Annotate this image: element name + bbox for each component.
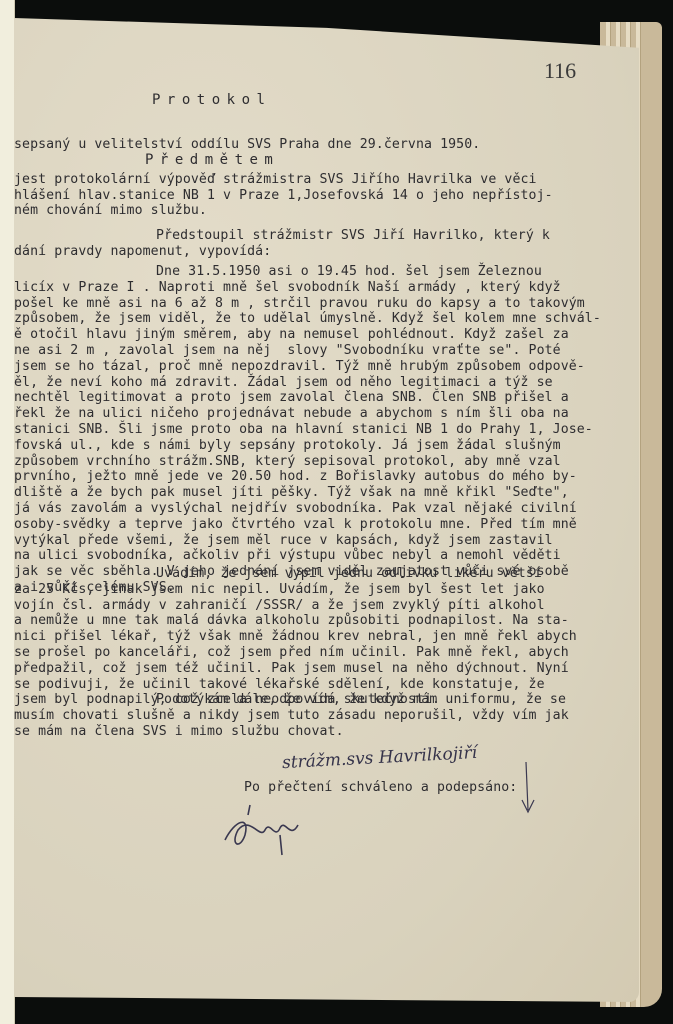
text-line: způsobem vrchního strážm.SNB, který sepi… [14,454,561,469]
pen-arrow-mark [518,760,538,815]
text-line: Uvádím, že jsem vypil jednu odlivku liké… [156,566,542,581]
text-line: ne asi 2 m , zavolal jsem na něj slovy "… [14,343,561,358]
text-line: nici přišel lékař, týž však mně žádnou k… [14,629,577,644]
subject-heading: Předmětem [145,152,279,168]
text-line: pošel ke mně asi na 6 až 8 m , strčil pr… [14,296,585,311]
text-line: dání pravdy napomenut, vypovídá: [14,244,271,259]
closing-line: Po přečtení schváleno a podepsáno: [244,780,517,795]
text-line: prvního, ježto mně jede ve 20.50 hod. z … [14,469,577,484]
text-line: stanici SNB. Šli jsme proto oba na hlavn… [14,422,593,437]
text-line: fovská ul., kde s námi byly sepsány prot… [14,438,561,453]
text-line: a nemůže u mne tak malá dávka alkoholu z… [14,613,569,628]
text-line: ném chování mimo službu. [14,203,207,218]
text-line: řekl že na ulici ničeho projednávat nebu… [14,406,569,421]
text-line: předpažil, což jsem též učinil. Pak jsem… [14,661,569,676]
text-line: ě otočil hlavu jiným směrem, aby na nemu… [14,327,569,342]
text-line: osoby-svědky a teprve jako čtvrtého vzal… [14,517,577,532]
text-line: Předstoupil strážmistr SVS Jiří Havrilko… [156,228,550,243]
text-line: hlášení hlav.stanice NB 1 v Praze 1,Jose… [14,188,553,203]
text-line: se prošel po kanceláři, což jsem před ní… [14,645,569,660]
text-line: vytýkal přede všemi, že jsem měl ruce v … [14,533,553,548]
text-line: licíx v Praze I . Naproti mně šel svobod… [14,280,561,295]
text-line: Podotýkám dále, že vím, že když mám unif… [156,692,566,707]
text-line: musím chovati slušně a nikdy jsem tuto z… [14,708,569,723]
header-line: sepsaný u velitelství oddílu SVS Praha d… [14,137,480,152]
text-line: ěl, že neví koho má zdravit. Žádal jsem … [14,375,553,390]
text-line: se mám na člena SVS i mimo službu chovat… [14,724,344,739]
page-number: 116 [544,58,576,84]
text-line: nechtěl legitimovat a proto jsem zavolal… [14,390,569,405]
text-line: jest protokolární výpověď strážmistra SV… [14,172,537,187]
document-title: Protokol [152,92,271,108]
text-line: Dne 31.5.1950 asi o 19.45 hod. šel jsem … [156,264,542,279]
text-line: způsobem, že jsem viděl, že to udělal úm… [14,311,601,326]
text-line: se podivuji, že učinil takové lékařské s… [14,677,545,692]
text-line: za 25 Kčs, jinak jsem nic nepil. Uvádím,… [14,582,545,597]
handwritten-note: strážm.svs Havrilkojiří [282,743,478,773]
text-line: na ulici svobodníka, ačkoliv při výstupu… [14,548,561,563]
signature-mark [220,800,310,860]
document-text: 116 Protokol sepsaný u velitelství oddíl… [0,0,673,1024]
text-line: jsem se ho tázal, proč mně nepozdravil. … [14,359,585,374]
text-line: vojín čsl. armády v zahraničí /SSSR/ a ž… [14,598,545,613]
text-line: já vás zavolám a vyslýchal nejdřív svobo… [14,501,577,516]
text-line: dliště a že bych pak musel jíti pěšky. T… [14,485,569,500]
